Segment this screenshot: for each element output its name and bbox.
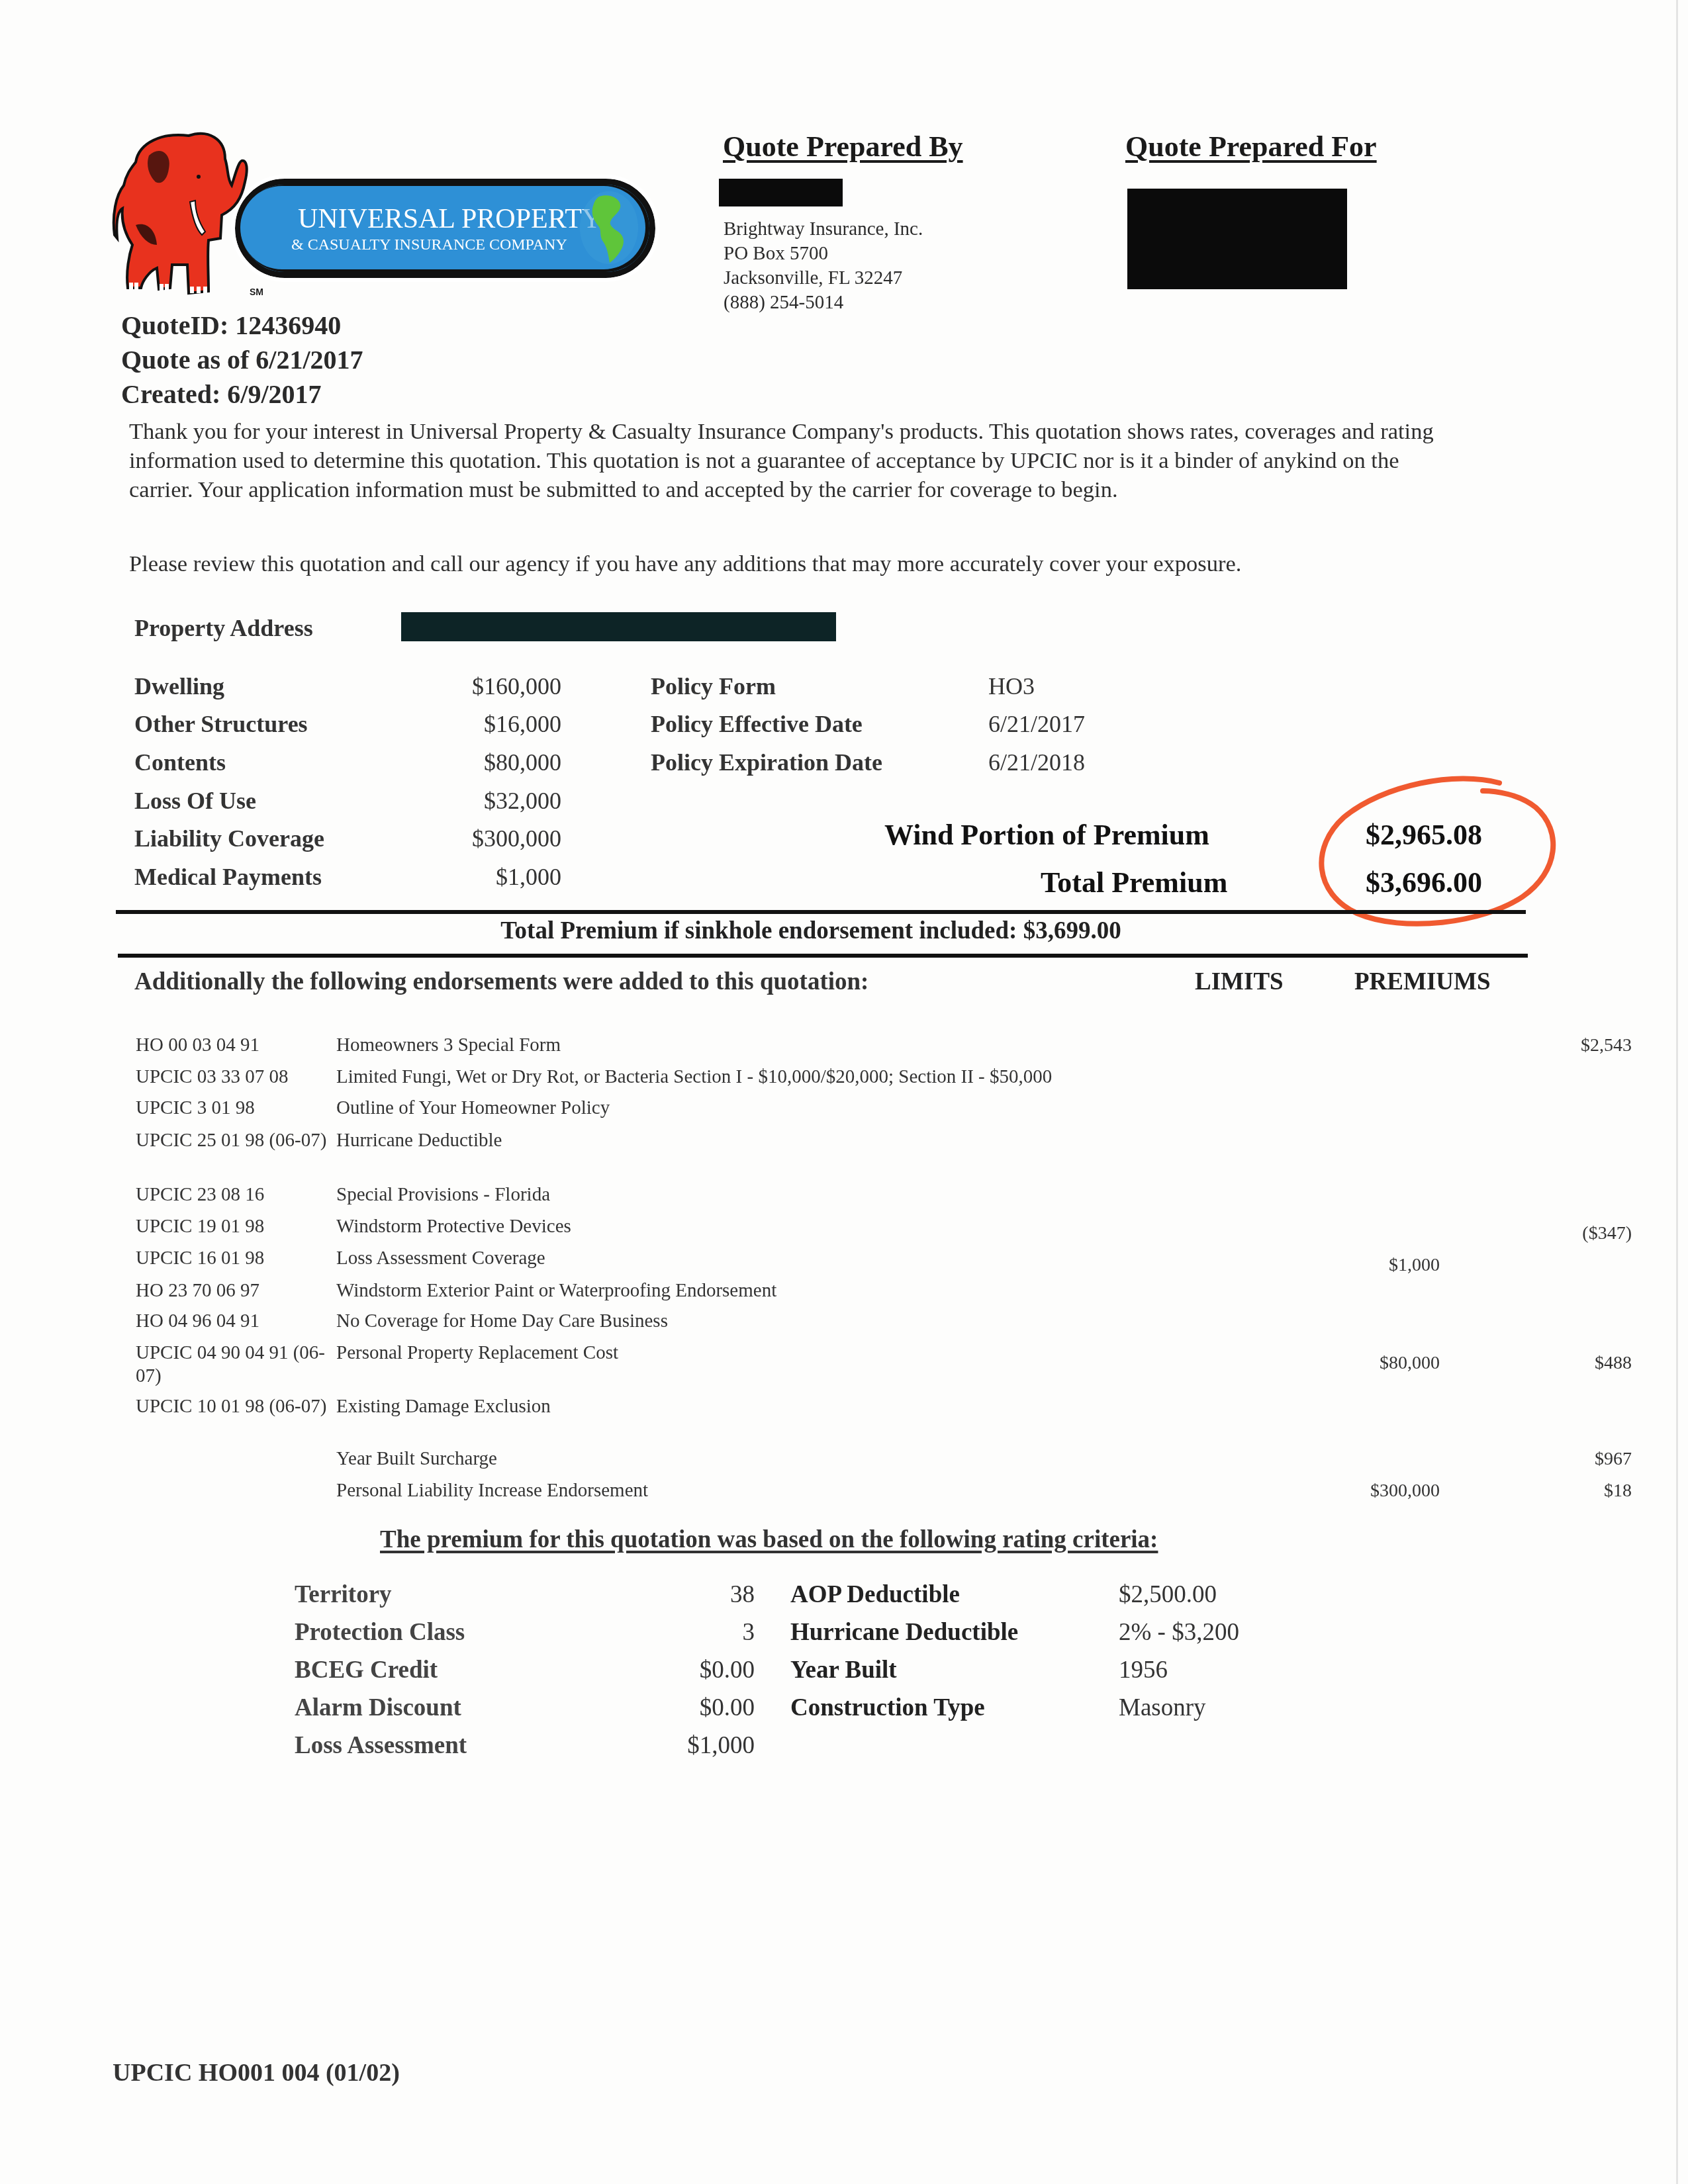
- endorsement-description: Year Built Surcharge: [336, 1447, 497, 1471]
- endorsement-description: Homeowners 3 Special Form: [336, 1034, 561, 1057]
- intro-paragraph: Thank you for your interest in Universal…: [129, 417, 1453, 504]
- endorsement-description: Personal Property Replacement Cost: [336, 1342, 618, 1365]
- rating-label: Loss Assessment: [295, 1731, 467, 1760]
- rating-label: Alarm Discount: [295, 1694, 461, 1722]
- quote-id: QuoteID: 12436940: [121, 308, 363, 343]
- endorsement-description: Special Provisions - Florida: [336, 1183, 550, 1206]
- policy-label: Policy Expiration Date: [651, 749, 882, 776]
- divider: [116, 910, 1526, 914]
- policy-label: Policy Effective Date: [651, 710, 863, 738]
- agency-city: Jacksonville, FL 32247: [724, 266, 923, 291]
- policy-label: Policy Form: [651, 672, 776, 700]
- service-mark: SM: [250, 287, 263, 297]
- coverage-value: $1,000: [397, 863, 561, 891]
- redacted-property-address: [401, 612, 836, 641]
- quote-meta: QuoteID: 12436940 Quote as of 6/21/2017 …: [121, 308, 363, 412]
- policy-value: 6/21/2018: [988, 749, 1085, 776]
- redacted-client-info: [1127, 189, 1347, 289]
- coverage-label: Loss Of Use: [134, 787, 256, 815]
- endorsement-premium: $2,543: [1360, 1034, 1632, 1057]
- endorsement-description: Limited Fungi, Wet or Dry Rot, or Bacter…: [336, 1066, 1052, 1089]
- endorsement-code: UPCIC 10 01 98 (06-07): [136, 1395, 328, 1418]
- rating-value: 38: [596, 1580, 755, 1609]
- coverage-label: Dwelling: [134, 672, 224, 700]
- sinkhole-premium-line: Total Premium if sinkhole endorsement in…: [0, 917, 1622, 945]
- endorsement-code: HO 04 96 04 91: [136, 1310, 328, 1333]
- coverage-label: Liability Coverage: [134, 825, 324, 852]
- rating-value: 2% - $3,200: [1119, 1618, 1239, 1647]
- endorsement-code: UPCIC 3 01 98: [136, 1097, 328, 1120]
- rating-value: $0.00: [596, 1694, 755, 1722]
- rating-criteria-title: The premium for this quotation was based…: [380, 1525, 1158, 1554]
- endorsement-code: UPCIC 19 01 98: [136, 1215, 328, 1238]
- rating-label: AOP Deductible: [790, 1580, 960, 1609]
- coverage-value: $32,000: [397, 787, 561, 815]
- endorsement-code: HO 00 03 04 91: [136, 1034, 328, 1057]
- property-address-label: Property Address: [134, 614, 313, 642]
- endorsement-code: UPCIC 03 33 07 08: [136, 1066, 328, 1089]
- rating-label: BCEG Credit: [295, 1656, 438, 1684]
- divider: [118, 954, 1528, 958]
- prepared-for-heading: Quote Prepared For: [1125, 130, 1377, 163]
- agency-po-box: PO Box 5700: [724, 242, 923, 266]
- rating-value: $0.00: [596, 1656, 755, 1684]
- logo-company-subtitle: & CASUALTY INSURANCE COMPANY: [291, 236, 567, 254]
- endorsement-description: Outline of Your Homeowner Policy: [336, 1097, 610, 1120]
- wind-premium-value: $2,965.08: [1366, 818, 1482, 852]
- coverage-value: $300,000: [397, 825, 561, 852]
- coverage-value: $16,000: [397, 710, 561, 738]
- endorsement-description: Windstorm Exterior Paint or Waterproofin…: [336, 1279, 776, 1302]
- rating-label: Hurricane Deductible: [790, 1618, 1018, 1647]
- endorsement-code: HO 23 70 06 97: [136, 1279, 328, 1302]
- rating-label: Year Built: [790, 1656, 897, 1684]
- prepared-by-heading: Quote Prepared By: [723, 130, 963, 163]
- coverage-label: Medical Payments: [134, 863, 322, 891]
- total-premium-value: $3,696.00: [1366, 866, 1482, 899]
- endorsement-premium: $967: [1360, 1447, 1632, 1471]
- coverage-label: Contents: [134, 749, 226, 776]
- policy-value: 6/21/2017: [988, 710, 1085, 738]
- rating-value: Masonry: [1119, 1694, 1206, 1722]
- redacted-agent-name: [719, 179, 843, 206]
- endorsement-premium: ($347): [1360, 1222, 1632, 1245]
- elephant-mascot-icon: [109, 122, 295, 308]
- endorsement-code: UPCIC 16 01 98: [136, 1247, 328, 1270]
- endorsement-description: Existing Damage Exclusion: [336, 1395, 551, 1418]
- rating-value: $2,500.00: [1119, 1580, 1217, 1609]
- rating-label: Territory: [295, 1580, 392, 1609]
- rating-value: 1956: [1119, 1656, 1168, 1684]
- agency-name: Brightway Insurance, Inc.: [724, 217, 923, 242]
- agency-address: Brightway Insurance, Inc. PO Box 5700 Ja…: [724, 217, 923, 315]
- endorsement-premium: $488: [1360, 1351, 1632, 1375]
- endorsements-title: Additionally the following endorsements …: [134, 968, 868, 996]
- rating-value: 3: [596, 1618, 755, 1647]
- coverage-value: $160,000: [397, 672, 561, 700]
- agency-phone: (888) 254-5014: [724, 291, 923, 315]
- logo-company-name: UNIVERSAL PROPERTY: [298, 203, 602, 235]
- endorsement-code: UPCIC 04 90 04 91 (06-07): [136, 1342, 328, 1388]
- form-number: UPCIC HO001 004 (01/02): [113, 2058, 400, 2087]
- total-premium-label: Total Premium: [1041, 866, 1227, 899]
- scan-edge: [1676, 0, 1678, 2184]
- company-logo: UNIVERSAL PROPERTY & CASUALTY INSURANCE …: [109, 122, 665, 308]
- endorsement-description: Hurricane Deductible: [336, 1129, 502, 1152]
- endorsement-description: No Coverage for Home Day Care Business: [336, 1310, 668, 1333]
- wind-premium-label: Wind Portion of Premium: [884, 818, 1209, 852]
- rating-label: Construction Type: [790, 1694, 985, 1722]
- endorsement-limit: $1,000: [1162, 1253, 1440, 1277]
- review-note: Please review this quotation and call ou…: [129, 551, 1241, 577]
- policy-value: HO3: [988, 672, 1035, 700]
- coverage-value: $80,000: [397, 749, 561, 776]
- endorsement-code: UPCIC 25 01 98 (06-07): [136, 1129, 328, 1152]
- rating-label: Protection Class: [295, 1618, 465, 1647]
- limits-header: LIMITS: [1195, 968, 1284, 996]
- endorsement-premium: $18: [1360, 1479, 1632, 1502]
- endorsement-description: Loss Assessment Coverage: [336, 1247, 545, 1270]
- premiums-header: PREMIUMS: [1354, 968, 1491, 996]
- rating-value: $1,000: [596, 1731, 755, 1760]
- endorsement-description: Personal Liability Increase Endorsement: [336, 1479, 648, 1502]
- endorsement-code: UPCIC 23 08 16: [136, 1183, 328, 1206]
- quote-as-of: Quote as of 6/21/2017: [121, 343, 363, 377]
- globe-icon: [573, 190, 639, 266]
- coverage-label: Other Structures: [134, 710, 308, 738]
- endorsement-description: Windstorm Protective Devices: [336, 1215, 571, 1238]
- quote-created: Created: 6/9/2017: [121, 377, 363, 412]
